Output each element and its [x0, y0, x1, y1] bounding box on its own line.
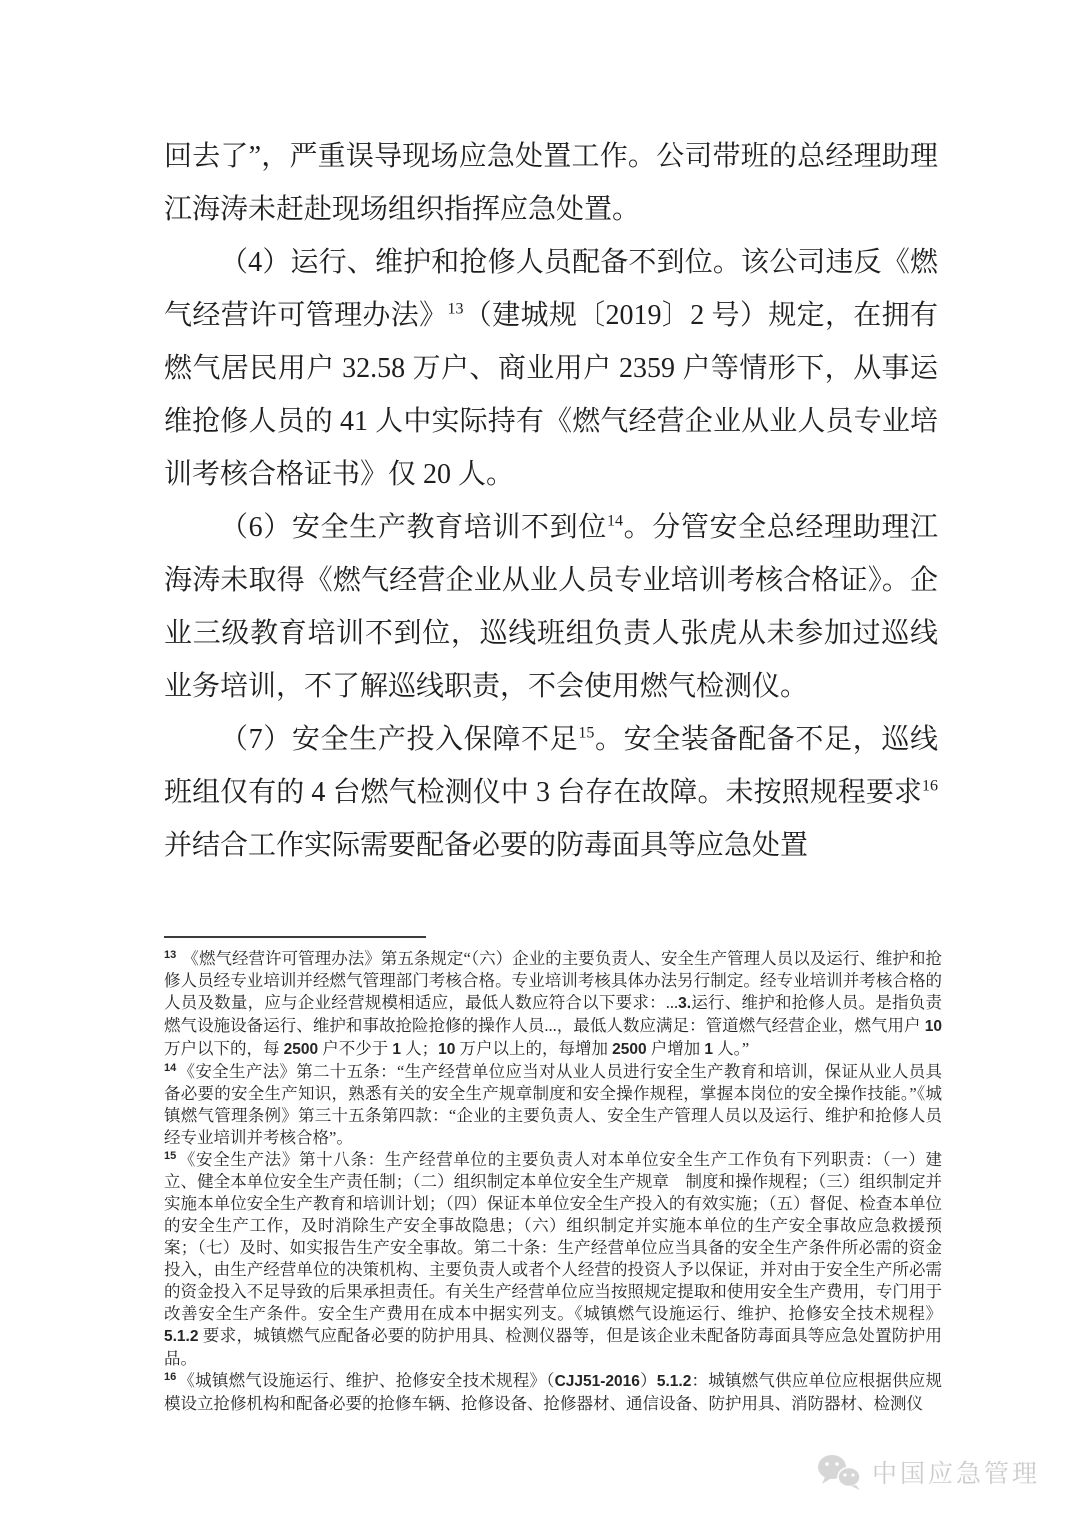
paragraph: （6）安全生产教育培训不到位14。分管安全总经理助理江海涛未取得《燃气经营企业从… — [164, 501, 938, 713]
footnote: 13 《燃气经营许可管理办法》第五条规定“（六）企业的主要负责人、安全生产管理人… — [164, 948, 942, 1061]
footnote-figure: 2500 — [612, 1041, 646, 1058]
wechat-logo-icon — [816, 1452, 864, 1492]
footnote-figure: 10 — [925, 1018, 942, 1035]
footnote-ref: 14 — [607, 513, 623, 530]
paragraph: 回去了”，严重误导现场应急处置工作。公司带班的总经理助理江海涛未赶赴现场组织指挥… — [164, 130, 938, 236]
watermark-label: 中国应急管理 — [872, 1454, 1040, 1490]
footnote-figure: CJJ51-2016 — [555, 1373, 640, 1390]
paragraph: （7）安全生产投入保障不足15。安全装备配备不足，巡线班组仅有的 4 台燃气检测… — [164, 713, 938, 872]
footnote: 14《安全生产法》第二十五条：“生产经营单位应当对从业人员进行安全生产教育和培训… — [164, 1061, 942, 1149]
footnote-number: 16 — [164, 1371, 176, 1383]
footnote-ref: 15 — [578, 725, 594, 742]
footnote-figure: 5.1.2 — [657, 1373, 691, 1390]
footnote-figure: 10 — [438, 1041, 455, 1058]
footnote-figure: 5.1.2 — [164, 1328, 198, 1345]
footnote-separator — [164, 936, 426, 938]
footnotes: 13 《燃气经营许可管理办法》第五条规定“（六）企业的主要负责人、安全生产管理人… — [164, 948, 942, 1415]
body-text: 回去了”，严重误导现场应急处置工作。公司带班的总经理助理江海涛未赶赴现场组织指挥… — [164, 130, 938, 872]
footnote-figure: 3. — [678, 995, 691, 1012]
footnote-figure: 2500 — [284, 1041, 318, 1058]
footnote-number: 14 — [164, 1062, 176, 1074]
footnote-ref: 16 — [922, 778, 938, 795]
document-page: 回去了”，严重误导现场应急处置工作。公司带班的总经理助理江海涛未赶赴现场组织指挥… — [0, 0, 1080, 1527]
footnote-figure: 1 — [704, 1041, 713, 1058]
footnote: 15《安全生产法》第十八条：生产经营单位的主要负责人对本单位安全生产工作负有下列… — [164, 1149, 942, 1370]
watermark: 中国应急管理 — [816, 1452, 1040, 1492]
footnote-figure: 1 — [392, 1041, 401, 1058]
footnote-number: 15 — [164, 1150, 176, 1162]
footnote-ref: 13 — [447, 301, 463, 318]
footnote: 16《城镇燃气设施运行、维护、抢修安全技术规程》（CJJ51-2016）5.1.… — [164, 1370, 942, 1415]
footnote-number: 13 — [164, 949, 176, 961]
paragraph: （4）运行、维护和抢修人员配备不到位。该公司违反《燃气经营许可管理办法》13（建… — [164, 236, 938, 501]
